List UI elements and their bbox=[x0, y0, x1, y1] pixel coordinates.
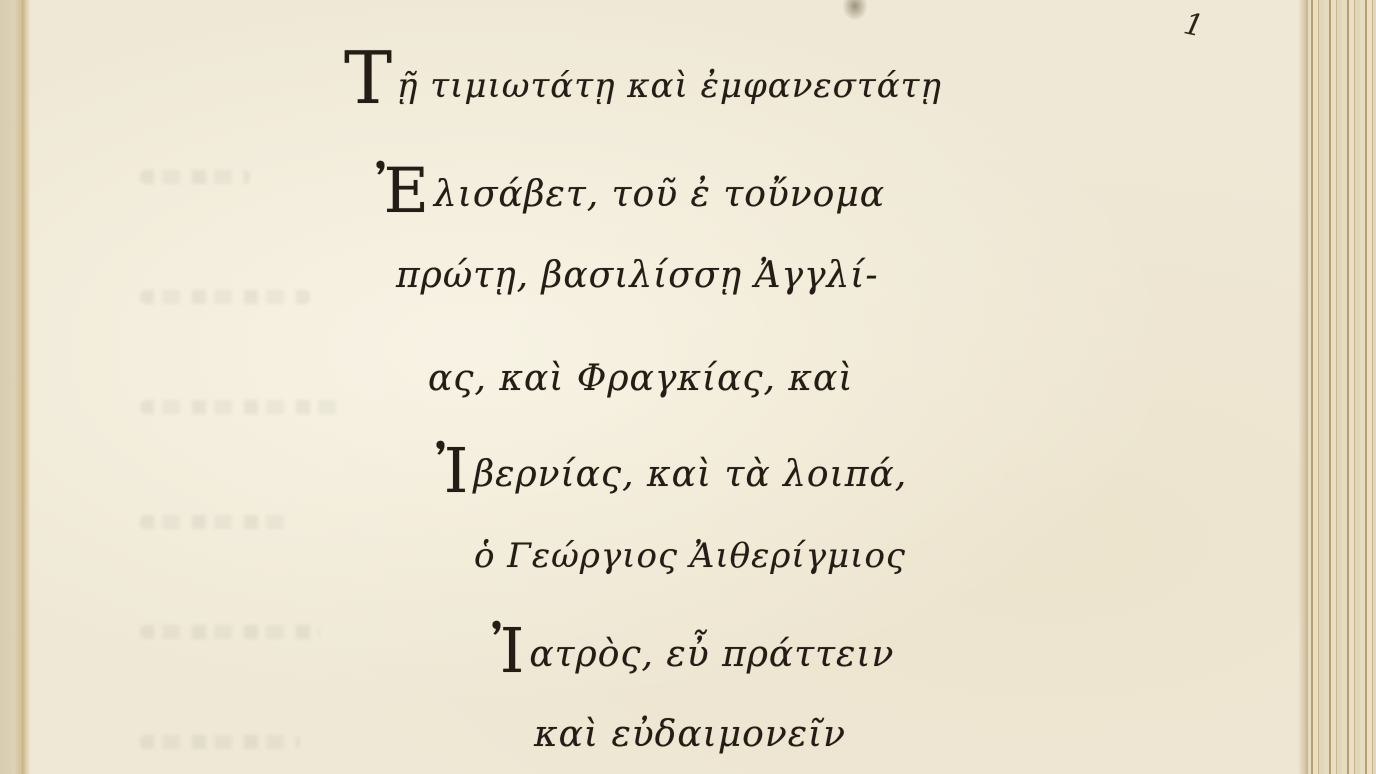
text-line: ας, καὶ Φραγκίας, καὶ bbox=[428, 358, 853, 399]
line-text: βερνίας, καὶ τὰ λοιπά, bbox=[473, 454, 907, 495]
text-line: Ἐλισάβετ, τοῦ ἐ τοὔνομα bbox=[376, 160, 885, 222]
text-line: Ἰατρὸς, εὖ πράττειν bbox=[492, 620, 894, 682]
text-line: Τῇ τιμιωτάτῃ καὶ ἐμφανεστάτῃ bbox=[344, 42, 942, 114]
text-line: Ἰβερνίας, καὶ τὰ λοιπά, bbox=[436, 440, 907, 502]
line-text: ας, καὶ Φραγκίας, καὶ bbox=[428, 358, 853, 399]
line-text: ατρὸς, εὖ πράττειν bbox=[529, 634, 894, 675]
manuscript-scan: 1 Τῇ τιμιωτάτῃ καὶ ἐμφανεστάτῃ Ἐλισάβετ,… bbox=[0, 0, 1376, 774]
initial-letter: Τ bbox=[344, 36, 393, 120]
line-text: ὁ Γεώργιος Ἀιθερίγμιος bbox=[474, 536, 906, 576]
line-text: πρώτῃ, βασιλίσσῃ Ἀγγλί- bbox=[396, 255, 879, 296]
text-line: καὶ εὐδαιμονεῖν bbox=[534, 714, 846, 755]
initial-letter: Ἐ bbox=[376, 154, 430, 227]
text-line: πρώτῃ, βασιλίσσῃ Ἀγγλί- bbox=[396, 255, 879, 296]
text-line: ὁ Γεώργιος Ἀιθερίγμιος bbox=[474, 536, 906, 576]
line-text: λισάβετ, τοῦ ἐ τοὔνομα bbox=[434, 174, 885, 215]
initial-letter: Ἰ bbox=[492, 614, 525, 687]
line-text: ῇ τιμιωτάτῃ καὶ ἐμφανεστάτῃ bbox=[397, 66, 942, 106]
line-text: καὶ εὐδαιμονεῖν bbox=[534, 714, 846, 755]
dedication-text: Τῇ τιμιωτάτῃ καὶ ἐμφανεστάτῃ Ἐλισάβετ, τ… bbox=[0, 0, 1376, 774]
initial-letter: Ἰ bbox=[436, 434, 469, 507]
